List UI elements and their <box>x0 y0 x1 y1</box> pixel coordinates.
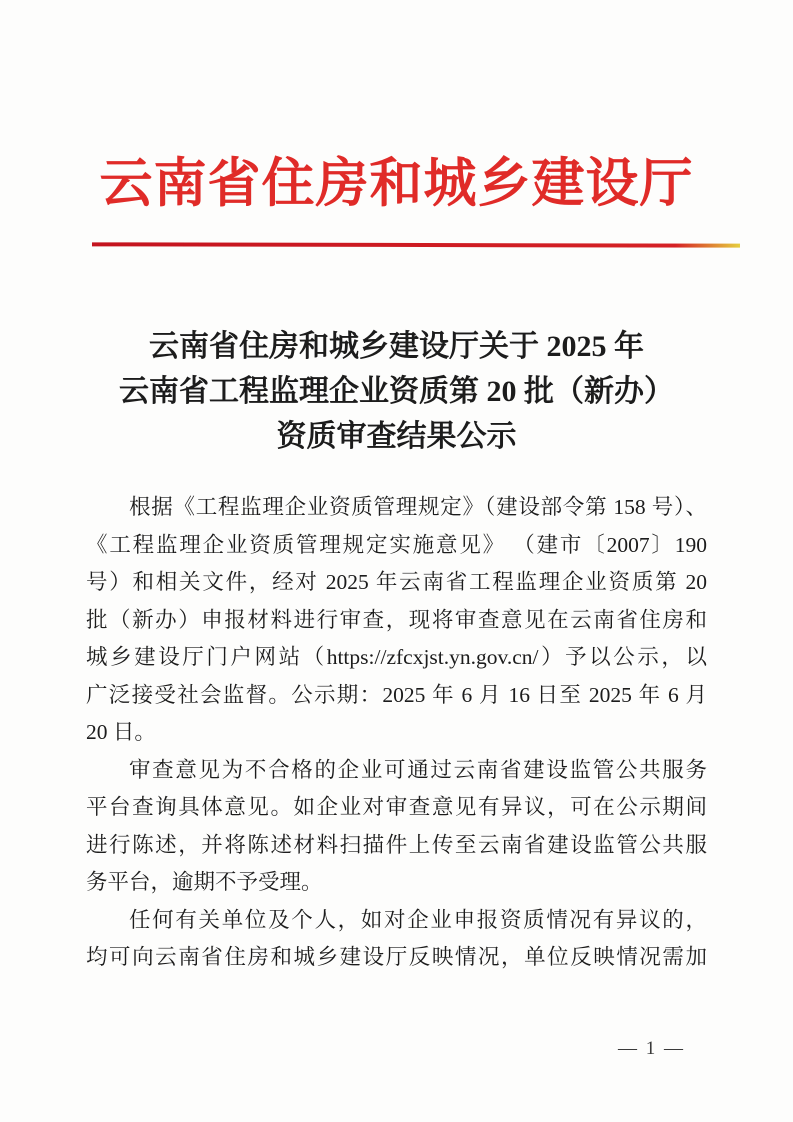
document-body: 根据《工程监理企业资质管理规定》（建设部令第 158 号）、 《工程监理企业资质… <box>86 489 707 977</box>
body-line: 平台查询具体意见。如企业对审查意见有异议，可在公示期间 <box>86 789 707 827</box>
body-line: 城乡建设厅门户网站（https://zfcxjst.yn.gov.cn/）予以公… <box>86 639 707 677</box>
body-line: 务平台，逾期不予受理。 <box>86 864 707 902</box>
document-page: 云南省住房和城乡建设厅 云南省住房和城乡建设厅关于 2025 年 云南省工程监理… <box>0 0 793 1122</box>
body-line: 广泛接受社会监督。公示期：2025 年 6 月 16 日至 2025 年 6 月 <box>86 677 707 715</box>
body-paragraph: 根据《工程监理企业资质管理规定》（建设部令第 158 号）、 《工程监理企业资质… <box>86 489 707 752</box>
body-line: 进行陈述，并将陈述材料扫描件上传至云南省建设监管公共服 <box>86 827 707 865</box>
document-title-line: 云南省工程监理企业资质第 20 批（新办） <box>85 369 708 414</box>
letterhead-rule <box>92 242 740 247</box>
body-line: 《工程监理企业资质管理规定实施意见》 （建市〔2007〕190 <box>86 527 707 565</box>
body-line: 任何有关单位及个人，如对企业申报资质情况有异议的， <box>86 902 707 940</box>
body-line: 号）和相关文件，经对 2025 年云南省工程监理企业资质第 20 <box>86 564 707 602</box>
body-line: 根据《工程监理企业资质管理规定》（建设部令第 158 号）、 <box>86 489 707 527</box>
body-paragraph: 审查意见为不合格的企业可通过云南省建设监管公共服务 平台查询具体意见。如企业对审… <box>86 752 707 902</box>
body-line: 审查意见为不合格的企业可通过云南省建设监管公共服务 <box>86 752 707 790</box>
letterhead-agency-name: 云南省住房和城乡建设厅 <box>0 152 793 216</box>
body-line: 批（新办）申报材料进行审查，现将审查意见在云南省住房和 <box>86 602 707 640</box>
body-line: 20 日。 <box>86 714 707 752</box>
body-line: 均可向云南省住房和城乡建设厅反映情况，单位反映情况需加 <box>86 939 707 977</box>
document-title-line: 云南省住房和城乡建设厅关于 2025 年 <box>85 324 708 369</box>
page-number: — 1 — <box>618 1038 685 1060</box>
document-title-line: 资质审查结果公示 <box>85 414 708 459</box>
body-paragraph: 任何有关单位及个人，如对企业申报资质情况有异议的， 均可向云南省住房和城乡建设厅… <box>86 902 707 977</box>
document-title: 云南省住房和城乡建设厅关于 2025 年 云南省工程监理企业资质第 20 批（新… <box>85 324 708 459</box>
